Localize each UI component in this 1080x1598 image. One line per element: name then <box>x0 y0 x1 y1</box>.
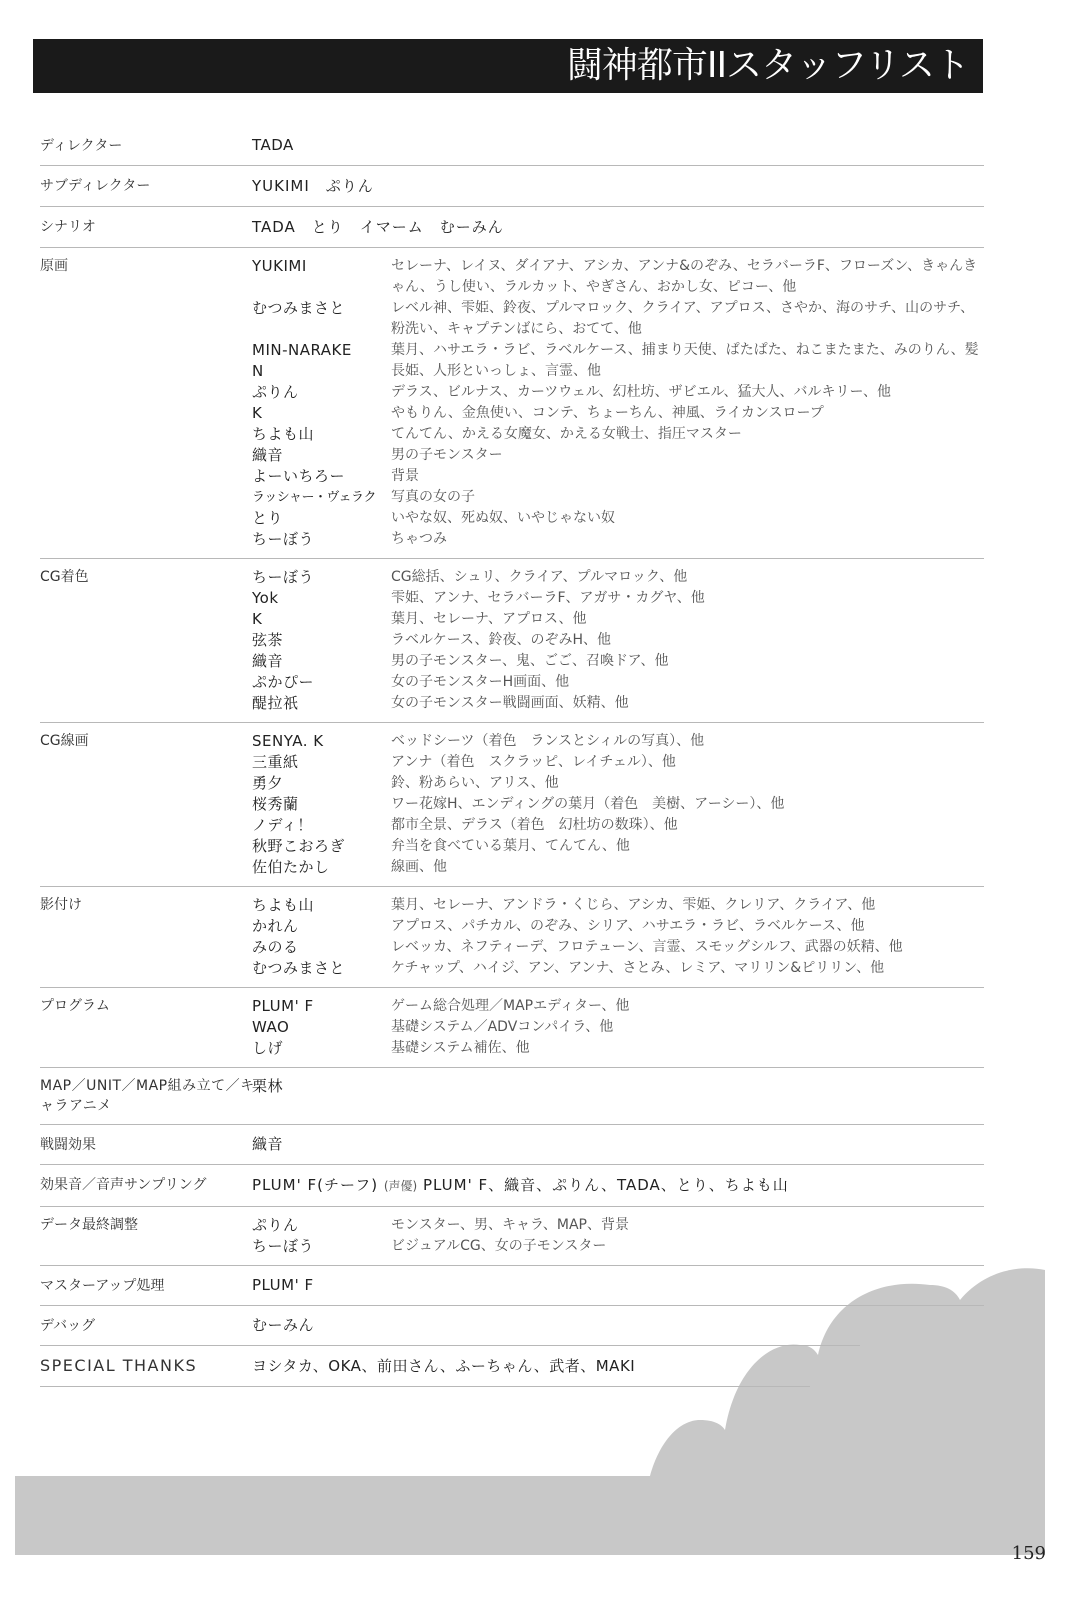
staff-work: ビジュアルCG、女の子モンスター <box>391 1236 984 1257</box>
staff-name: 栗林 <box>252 1076 391 1097</box>
staff-work: 基礎システム補佐、他 <box>391 1038 984 1059</box>
staff-work: 都市全景、デラス（着色 幻杜坊の数珠）、他 <box>391 815 984 836</box>
staff-work: 葉月、ハサエラ・ラビ、ラベルケース、捕まり天使、ぱたぱた、ねこまたまた、みのりん… <box>391 340 984 382</box>
section-battle-effects: 戦闘効果 織音 <box>40 1125 984 1165</box>
role-label: デバッグ <box>40 1316 250 1336</box>
role-label: ディレクター <box>40 136 250 156</box>
staff-name: ラッシャー・ヴェラク <box>252 487 391 508</box>
staff-name: 佐伯たかし <box>252 857 391 878</box>
chief-name: PLUM' F(チーフ) <box>252 1176 378 1194</box>
staff-name: ぷかぴー <box>252 672 391 693</box>
staff-work: セレーナ、レイヌ、ダイアナ、アシカ、アンナ&のぞみ、セラバーラF、フローズン、き… <box>391 256 984 298</box>
staff-name: ノディ！ <box>252 815 391 836</box>
staff-name: とり <box>252 508 391 529</box>
role-label: CG着色 <box>40 567 250 587</box>
staff-work: ゲーム総合処理／MAPエディター、他 <box>391 996 984 1017</box>
role-label: プログラム <box>40 996 250 1016</box>
staff-work: 女の子モンスターH画面、他 <box>391 672 984 693</box>
staff-entry: 佐伯たかし線画、他 <box>252 857 984 878</box>
staff-entry: 醍拉祇女の子モンスター戦闘画面、妖精、他 <box>252 693 984 714</box>
staff-entry: Yok雫姫、アンナ、セラバーラF、アガサ・カグヤ、他 <box>252 588 984 609</box>
staff-names: PLUM' F(チーフ) (声優) PLUM' F、織音、ぷりん、TADA、とり… <box>252 1174 984 1197</box>
staff-work: ケチャップ、ハイジ、アン、アンナ、さとみ、レミア、マリリン&ピリリン、他 <box>391 958 984 979</box>
staff-name: むーみん <box>252 1315 391 1336</box>
staff-work: デラス、ビルナス、カーツウェル、幻杜坊、ザビエル、猛大人、バルキリー、他 <box>391 382 984 403</box>
role-label: データ最終調整 <box>40 1215 250 1235</box>
staff-name: YUKIMI <box>252 256 391 298</box>
section-sound-effects: 効果音／音声サンプリング PLUM' F(チーフ) (声優) PLUM' F、織… <box>40 1165 984 1207</box>
staff-entry: 弦茶ラベルケース、鈴夜、のぞみH、他 <box>252 630 984 651</box>
staff-name: ちよも山 <box>252 895 391 916</box>
page-title: 闘神都市IIスタッフリスト <box>567 43 969 89</box>
staff-name: ちよも山 <box>252 424 391 445</box>
staff-work: 写真の女の子 <box>391 487 984 508</box>
staff-entry: ちーぼうCG総括、シュリ、クライア、プルマロック、他 <box>252 567 984 588</box>
staff-name: しげ <box>252 1038 391 1059</box>
role-label: 原画 <box>40 256 250 276</box>
staff-name: 秋野こおろぎ <box>252 836 391 857</box>
section-director: ディレクター TADA <box>40 126 984 166</box>
staff-entry: ぷりんデラス、ビルナス、カーツウェル、幻杜坊、ザビエル、猛大人、バルキリー、他 <box>252 382 984 403</box>
role-label: シナリオ <box>40 217 250 237</box>
role-label: マスターアップ処理 <box>40 1276 250 1296</box>
role-label: 戦闘効果 <box>40 1135 250 1155</box>
staff-work: てんてん、かえる女魔女、かえる女戦士、指圧マスター <box>391 424 984 445</box>
staff-entry: ちーぼうちゃつみ <box>252 529 984 550</box>
staff-entry: 桜秀蘭ワー花嫁H、エンディングの葉月（着色 美樹、アーシー）、他 <box>252 794 984 815</box>
staff-name: 織音 <box>252 1134 391 1155</box>
staff-entry: とりいやな奴、死ぬ奴、いやじゃない奴 <box>252 508 984 529</box>
staff-entry: 勇夕鈴、粉あらい、アリス、他 <box>252 773 984 794</box>
staff-entry: ラッシャー・ヴェラク写真の女の子 <box>252 487 984 508</box>
staff-entry: ちーぼうビジュアルCG、女の子モンスター <box>252 1236 984 1257</box>
staff-name: 醍拉祇 <box>252 693 391 714</box>
section-sub-director: サブディレクター YUKIMI ぷりん <box>40 166 984 207</box>
staff-entry: YUKIMIセレーナ、レイヌ、ダイアナ、アシカ、アンナ&のぞみ、セラバーラF、フ… <box>252 256 984 298</box>
section-cg-coloring: CG着色 ちーぼうCG総括、シュリ、クライア、プルマロック、他 Yok雫姫、アン… <box>40 559 984 723</box>
staff-name: ぷりん <box>252 1215 391 1236</box>
staff-entry: 織音男の子モンスター、鬼、ごご、召喚ドア、他 <box>252 651 984 672</box>
role-label: SPECIAL THANKS <box>40 1356 250 1376</box>
staff-work: 男の子モンスター <box>391 445 984 466</box>
staff-name: むつみまさと <box>252 298 391 340</box>
staff-work: 背景 <box>391 466 984 487</box>
section-cg-lineart: CG線画 SENYA. Kベッドシーツ（着色 ランスとシィルの写真）、他 三重紙… <box>40 723 984 887</box>
staff-work: レベッカ、ネフティーデ、フロテューン、言霊、スモッグシルフ、武器の妖精、他 <box>391 937 984 958</box>
section-shading: 影付け ちよも山葉月、セレーナ、アンドラ・くじら、アシカ、雫姫、クレリア、クライ… <box>40 887 984 988</box>
staff-work: 男の子モンスター、鬼、ごご、召喚ドア、他 <box>391 651 984 672</box>
staff-work: モンスター、男、キャラ、MAP、背景 <box>391 1215 984 1236</box>
staff-names: TADA とり イマーム むーみん <box>252 216 984 238</box>
staff-name: 織音 <box>252 445 391 466</box>
staff-name: PLUM' F <box>252 996 391 1017</box>
staff-name: ちーぼう <box>252 567 391 588</box>
staff-name: SENYA. K <box>252 731 391 752</box>
staff-entry: しげ基礎システム補佐、他 <box>252 1038 984 1059</box>
staff-entry: 秋野こおろぎ弁当を食べている葉月、てんてん、他 <box>252 836 984 857</box>
staff-name: ぷりん <box>252 382 391 403</box>
section-master-up: マスターアップ処理 PLUM' F <box>40 1266 984 1306</box>
staff-name: 織音 <box>252 651 391 672</box>
staff-name: みのる <box>252 937 391 958</box>
staff-names: ヨシタカ、OKA、前田さん、ふーちゃん、武者、MAKI <box>252 1355 810 1377</box>
staff-work: 女の子モンスター戦闘画面、妖精、他 <box>391 693 984 714</box>
section-original-art: 原画 YUKIMIセレーナ、レイヌ、ダイアナ、アシカ、アンナ&のぞみ、セラバーラ… <box>40 248 984 559</box>
staff-entry: よーいちろー背景 <box>252 466 984 487</box>
title-bar: 闘神都市IIスタッフリスト <box>33 39 983 93</box>
role-label: サブディレクター <box>40 176 250 196</box>
staff-entry: ぷりんモンスター、男、キャラ、MAP、背景 <box>252 1215 984 1236</box>
staff-name: よーいちろー <box>252 466 391 487</box>
section-scenario: シナリオ TADA とり イマーム むーみん <box>40 207 984 248</box>
staff-work: 線画、他 <box>391 857 984 878</box>
section-program: プログラム PLUM' Fゲーム総合処理／MAPエディター、他 WAO基礎システ… <box>40 988 984 1068</box>
staff-name: 弦茶 <box>252 630 391 651</box>
staff-names: YUKIMI ぷりん <box>252 175 984 197</box>
staff-name: 桜秀蘭 <box>252 794 391 815</box>
staff-work: 葉月、セレーナ、アプロス、他 <box>391 609 984 630</box>
staff-entry: ちよも山てんてん、かえる女魔女、かえる女戦士、指圧マスター <box>252 424 984 445</box>
staff-work: 葉月、セレーナ、アンドラ・くじら、アシカ、雫姫、クレリア、クライア、他 <box>391 895 984 916</box>
staff-entry: MIN-NARAKEN葉月、ハサエラ・ラビ、ラベルケース、捕まり天使、ぱたぱた、… <box>252 340 984 382</box>
staff-entry: PLUM' Fゲーム総合処理／MAPエディター、他 <box>252 996 984 1017</box>
staff-work: 鈴、粉あらい、アリス、他 <box>391 773 984 794</box>
staff-entry: むつみまさとレベル神、雫姫、鈴夜、プルマロック、クライア、アプロス、さやか、海の… <box>252 298 984 340</box>
staff-work: ラベルケース、鈴夜、のぞみH、他 <box>391 630 984 651</box>
staff-entry: Kやもりん、金魚使い、コンテ、ちょーちん、神風、ライカンスロープ <box>252 403 984 424</box>
role-label: MAP／UNIT／MAP組み立て／キャラアニメ <box>40 1076 255 1116</box>
staff-entry: 三重紙アンナ（着色 スクラッピ、レイチェル）、他 <box>252 752 984 773</box>
staff-work: アプロス、パチカル、のぞみ、シリア、ハサエラ・ラビ、ラベルケース、他 <box>391 916 984 937</box>
staff-name: PLUM' F <box>252 1275 391 1296</box>
staff-name: 勇夕 <box>252 773 391 794</box>
staff-entry: SENYA. Kベッドシーツ（着色 ランスとシィルの写真）、他 <box>252 731 984 752</box>
staff-work: CG総括、シュリ、クライア、プルマロック、他 <box>391 567 984 588</box>
section-debug: デバッグ むーみん <box>40 1306 860 1346</box>
staff-name: TADA <box>252 135 391 156</box>
staff-entry: かれんアプロス、パチカル、のぞみ、シリア、ハサエラ・ラビ、ラベルケース、他 <box>252 916 984 937</box>
staff-entry: K葉月、セレーナ、アプロス、他 <box>252 609 984 630</box>
staff-work: ちゃつみ <box>391 529 984 550</box>
role-label: 効果音／音声サンプリング <box>40 1175 250 1195</box>
staff-entry: ノディ！都市全景、デラス（着色 幻杜坊の数珠）、他 <box>252 815 984 836</box>
voice-actor-label: (声優) <box>384 1179 417 1193</box>
staff-work: やもりん、金魚使い、コンテ、ちょーちん、神風、ライカンスロープ <box>391 403 984 424</box>
page-number: 159 <box>1012 1543 1046 1564</box>
staff-name: かれん <box>252 916 391 937</box>
section-map-unit: MAP／UNIT／MAP組み立て／キャラアニメ 栗林 <box>40 1068 984 1125</box>
staff-work: 雫姫、アンナ、セラバーラF、アガサ・カグヤ、他 <box>391 588 984 609</box>
staff-name: ちーぼう <box>252 529 391 550</box>
staff-entry: みのるレベッカ、ネフティーデ、フロテューン、言霊、スモッグシルフ、武器の妖精、他 <box>252 937 984 958</box>
role-label: CG線画 <box>40 731 250 751</box>
section-final-data-adjustment: データ最終調整 ぷりんモンスター、男、キャラ、MAP、背景 ちーぼうビジュアルC… <box>40 1207 984 1266</box>
staff-list: ディレクター TADA サブディレクター YUKIMI ぷりん シナリオ TAD… <box>40 126 984 1387</box>
voice-actor-names: PLUM' F、織音、ぷりん、TADA、とり、ちよも山 <box>423 1176 789 1194</box>
staff-entry: ちよも山葉月、セレーナ、アンドラ・くじら、アシカ、雫姫、クレリア、クライア、他 <box>252 895 984 916</box>
staff-name: Yok <box>252 588 391 609</box>
staff-name: MIN-NARAKEN <box>252 340 362 382</box>
staff-work: ワー花嫁H、エンディングの葉月（着色 美樹、アーシー）、他 <box>391 794 984 815</box>
staff-work: 基礎システム／ADVコンパイラ、他 <box>391 1017 984 1038</box>
staff-name: K <box>252 403 391 424</box>
staff-work: いやな奴、死ぬ奴、いやじゃない奴 <box>391 508 984 529</box>
staff-work: ベッドシーツ（着色 ランスとシィルの写真）、他 <box>391 731 984 752</box>
staff-work: アンナ（着色 スクラッピ、レイチェル）、他 <box>391 752 984 773</box>
staff-name: WAO <box>252 1017 391 1038</box>
role-label: 影付け <box>40 895 250 915</box>
staff-name: 三重紙 <box>252 752 391 773</box>
staff-entry: 織音男の子モンスター <box>252 445 984 466</box>
staff-work: 弁当を食べている葉月、てんてん、他 <box>391 836 984 857</box>
staff-entry: むつみまさとケチャップ、ハイジ、アン、アンナ、さとみ、レミア、マリリン&ピリリン… <box>252 958 984 979</box>
staff-entry: ぷかぴー女の子モンスターH画面、他 <box>252 672 984 693</box>
staff-name: K <box>252 609 391 630</box>
staff-work: レベル神、雫姫、鈴夜、プルマロック、クライア、アプロス、さやか、海のサチ、山のサ… <box>391 298 984 340</box>
staff-name: むつみまさと <box>252 958 391 979</box>
staff-entry: WAO基礎システム／ADVコンパイラ、他 <box>252 1017 984 1038</box>
section-special-thanks: SPECIAL THANKS ヨシタカ、OKA、前田さん、ふーちゃん、武者、MA… <box>40 1346 810 1387</box>
staff-name: ちーぼう <box>252 1236 391 1257</box>
